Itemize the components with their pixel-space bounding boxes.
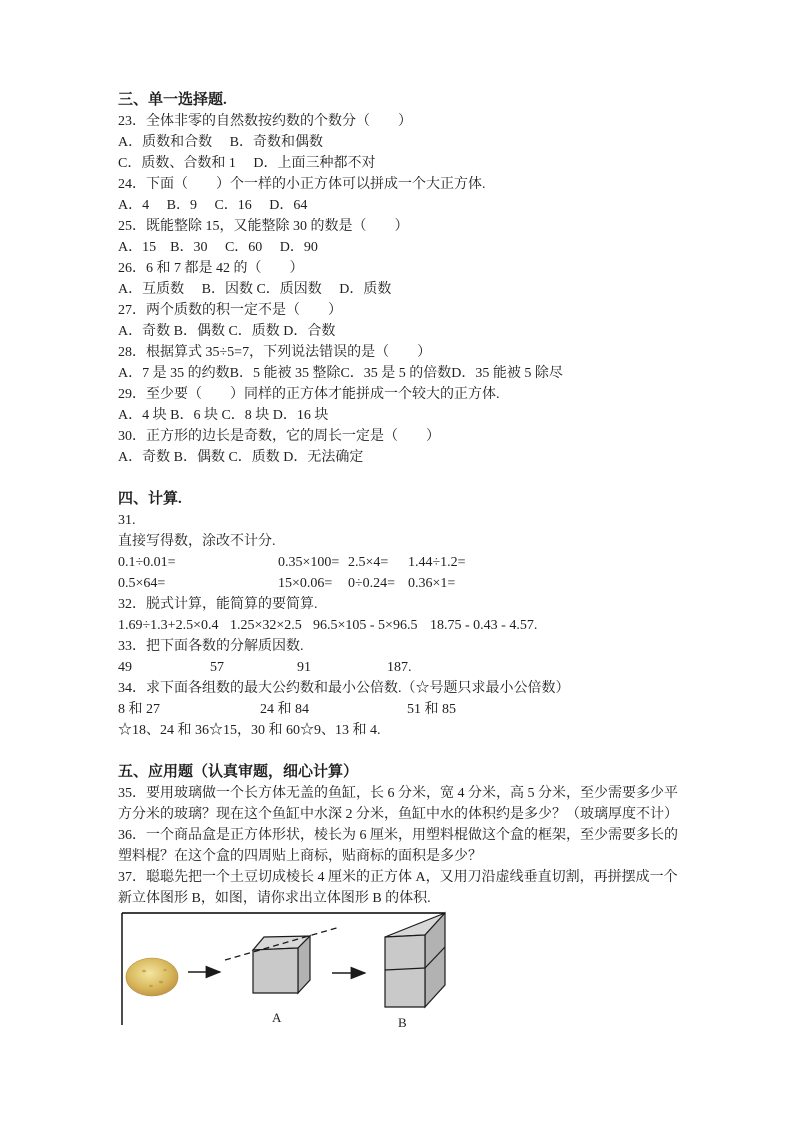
calc-expression: 0.35×100= [278, 552, 339, 573]
factor-number: 49 [118, 657, 132, 678]
question-31-intro: 直接写得数，涂改不计分. [118, 531, 688, 552]
calc-expression: 18.75 - 0.43 - 4.57. [430, 615, 537, 636]
question-37-figure: A B [120, 910, 455, 1030]
question-35-line1: 35．要用玻璃做一个长方体无盖的鱼缸，长 6 分米，宽 4 分米，高 5 分米，… [118, 783, 688, 804]
section-heading-calc: 四、计算. [118, 489, 688, 510]
calc-expression: 1.69÷1.3+2.5×0.4 [118, 615, 218, 636]
question-36-line2: 塑料棍？在这个盒的四周贴上商标，贴商标的面积是多少？ [118, 846, 688, 867]
figure-label-a: A [272, 1010, 282, 1025]
question-33: 33．把下面各数的分解质因数. [118, 636, 688, 657]
calc-expression: 96.5×105 - 5×96.5 [313, 615, 417, 636]
question-26: 26．6 和 7 都是 42 的（ ） [118, 258, 688, 279]
question-35-line2: 方分米的玻璃？现在这个鱼缸中水深 2 分米，鱼缸中水的体积约是多少？（玻璃厚度不… [118, 804, 688, 825]
calc-expression: 0.36×1= [408, 573, 455, 594]
document-body: 三、单一选择题. 23．全体非零的自然数按约数的个数分（ ） A．质数和合数 B… [118, 90, 688, 909]
question-29: 29．至少要（ ）同样的正方体才能拼成一个较大的正方体. [118, 384, 688, 405]
section-heading-choice: 三、单一选择题. [118, 90, 688, 111]
question-23-options-cd: C．质数、合数和 1 D．上面三种都不对 [118, 153, 688, 174]
calc-expression: 1.25×32×2.5 [230, 615, 302, 636]
calc-expression: 0÷0.24= [348, 573, 395, 594]
question-27: 27．两个质数的积一定不是（ ） [118, 300, 688, 321]
question-33-numbers: 49 57 91 187. [118, 657, 688, 678]
question-31-row2: 0.5×64= 15×0.06= 0÷0.24= 0.36×1= [118, 573, 688, 594]
figure-label-b: B [398, 1015, 407, 1030]
question-27-options: A．奇数 B．偶数 C．质数 D．合数 [118, 321, 688, 342]
factor-number: 57 [210, 657, 224, 678]
document-page: 三、单一选择题. 23．全体非零的自然数按约数的个数分（ ） A．质数和合数 B… [0, 0, 793, 1122]
calc-expression: 2.5×4= [348, 552, 388, 573]
potato-image [126, 958, 178, 996]
question-28: 28．根据算式 35÷5=7，下列说法错误的是（ ） [118, 342, 688, 363]
question-34: 34．求下面各组数的最大公约数和最小公倍数.（☆号题只求最小公倍数） [118, 678, 688, 699]
calc-expression: 15×0.06= [278, 573, 332, 594]
number-group: 8 和 27 [118, 699, 160, 720]
calc-expression: 1.44÷1.2= [408, 552, 466, 573]
question-36-line1: 36．一个商品盒是正方体形状，棱长为 6 厘米，用塑料棍做这个盒的框架，至少需要… [118, 825, 688, 846]
cube-a-image [253, 936, 310, 993]
question-31-number: 31. [118, 510, 688, 531]
question-37-line1: 37．聪聪先把一个土豆切成棱长 4 厘米的正方体 A，又用刀沿虚线垂直切割，再拼… [118, 867, 688, 888]
question-30-options: A．奇数 B．偶数 C．质数 D．无法确定 [118, 447, 688, 468]
question-25: 25．既能整除 15，又能整除 30 的数是（ ） [118, 216, 688, 237]
question-24-options: A．4 B．9 C．16 D．64 [118, 195, 688, 216]
solid-b-image [385, 913, 445, 1007]
number-group: 51 和 85 [407, 699, 456, 720]
question-28-options: A．7 是 35 的约数B．5 能被 35 整除C．35 是 5 的倍数D．35… [118, 363, 688, 384]
question-32-expressions: 1.69÷1.3+2.5×0.4 1.25×32×2.5 96.5×105 - … [118, 615, 688, 636]
figure-canvas: A B [120, 910, 455, 1030]
calc-expression: 0.1÷0.01= [118, 552, 176, 573]
question-29-options: A．4 块 B．6 块 C．8 块 D．16 块 [118, 405, 688, 426]
blank-line [118, 468, 688, 489]
question-34-star-groups: ☆18、24 和 36☆15，30 和 60☆9、13 和 4. [118, 720, 688, 741]
question-31-row1: 0.1÷0.01= 0.35×100= 2.5×4= 1.44÷1.2= [118, 552, 688, 573]
blank-line [118, 741, 688, 762]
question-26-options: A．互质数 B．因数 C．质因数 D．质数 [118, 279, 688, 300]
question-37-line2: 新立体图形 B，如图，请你求出立体图形 B 的体积. [118, 888, 688, 909]
factor-number: 91 [297, 657, 311, 678]
question-23: 23．全体非零的自然数按约数的个数分（ ） [118, 111, 688, 132]
question-32: 32．脱式计算，能简算的要简算. [118, 594, 688, 615]
question-23-options-ab: A．质数和合数 B．奇数和偶数 [118, 132, 688, 153]
calc-expression: 0.5×64= [118, 573, 165, 594]
question-25-options: A．15 B．30 C．60 D．90 [118, 237, 688, 258]
number-group: 24 和 84 [260, 699, 309, 720]
question-30: 30．正方形的边长是奇数，它的周长一定是（ ） [118, 426, 688, 447]
section-heading-word: 五、应用题（认真审题，细心计算） [118, 762, 688, 783]
question-34-groups: 8 和 27 24 和 84 51 和 85 [118, 699, 688, 720]
question-24: 24．下面（ ）个一样的小正方体可以拼成一个大正方体. [118, 174, 688, 195]
factor-number: 187. [387, 657, 412, 678]
